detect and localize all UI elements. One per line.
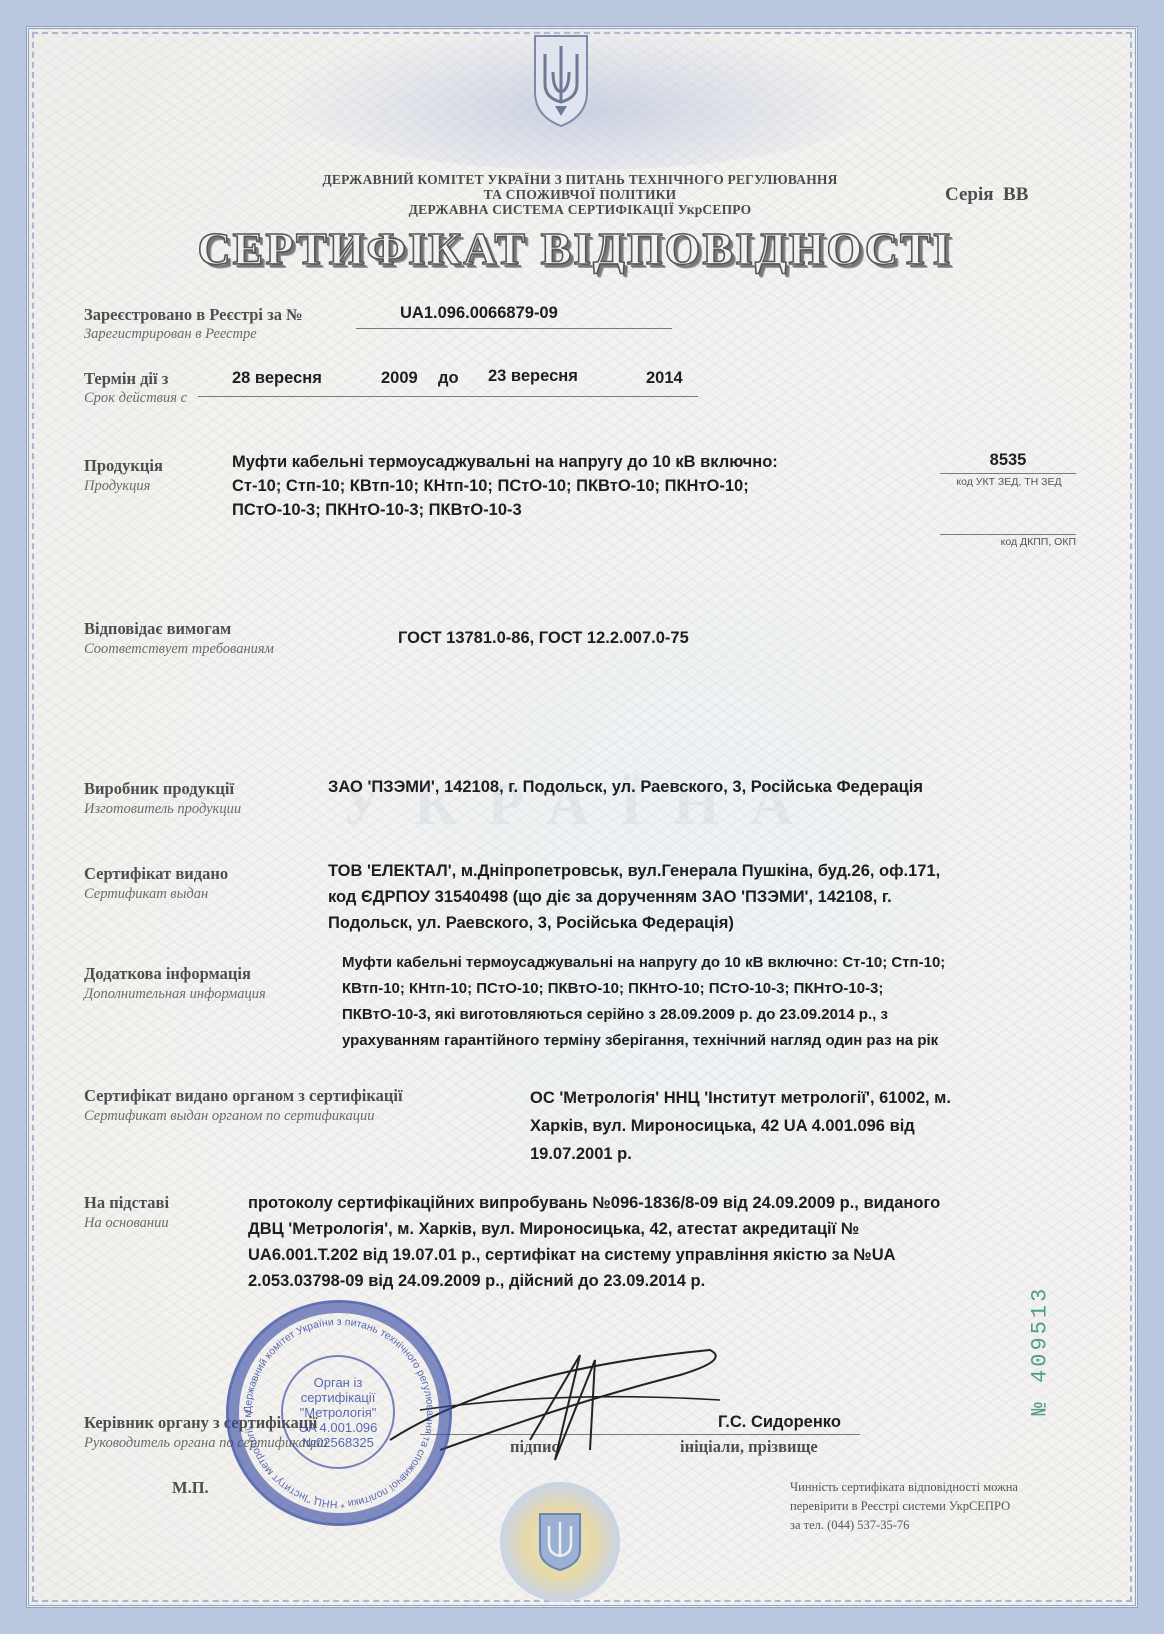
valid-to-year: 2014: [646, 366, 683, 390]
product-line: Ст-10; Стп-10; КВтп-10; КНтп-10; ПСтО-10…: [232, 474, 912, 498]
manufacturer-value: ЗАО 'ПЗЭМИ', 142108, г. Подольск, ул. Ра…: [328, 775, 923, 799]
issued-to-label-ru: Сертификат выдан: [84, 886, 208, 903]
product-label: Продукція: [84, 456, 163, 476]
requirements-label: Відповідає вимогам: [84, 619, 231, 639]
product-line: Муфти кабельні термоусаджувальні на напр…: [232, 450, 912, 474]
dkpp-code-caption: код ДКПП, ОКП: [942, 536, 1076, 548]
series-value: ВВ: [1003, 184, 1028, 205]
dkpp-code-field: [940, 510, 1076, 535]
issuer-header: ДЕРЖАВНИЙ КОМІТЕТ УКРАЇНИ З ПИТАНЬ ТЕХНІ…: [250, 172, 910, 217]
issued-to-label: Сертифікат видано: [84, 864, 228, 884]
basis-line: 2.053.03798-09 від 24.09.2009 р., дійсни…: [248, 1268, 1108, 1294]
additional-info-line: КВтп-10; КНтп-10; ПСтО-10; ПКВтО-10; ПКН…: [342, 976, 1092, 1002]
registry-label-ru: Зарегистрирован в Реестре: [84, 326, 257, 343]
manufacturer-label: Виробник продукції: [84, 779, 234, 799]
issued-to-line: Подольск, ул. Раевского, 3, Російська Фе…: [328, 910, 1088, 936]
footnote-line: Чинність сертифіката відповідності можна: [790, 1478, 1090, 1497]
series-label: Серія: [945, 184, 994, 205]
serial-number: № 409513: [1020, 1260, 1060, 1440]
committee-line-1: ДЕРЖАВНИЙ КОМІТЕТ УКРАЇНИ З ПИТАНЬ ТЕХНІ…: [250, 172, 910, 187]
basis-line: протоколу сертифікаційних випробувань №0…: [248, 1190, 1108, 1216]
manufacturer-label-ru: Изготовитель продукции: [84, 801, 241, 818]
footnote-line: перевірити в Реєстрі системи УкрСЕПРО: [790, 1497, 1090, 1516]
certification-body-line: Харків, вул. Мироносицька, 42 UA 4.001.0…: [530, 1112, 1090, 1140]
certification-body-line: 19.07.2001 р.: [530, 1140, 1090, 1168]
product-label-ru: Продукция: [84, 478, 150, 495]
product-description: Муфти кабельні термоусаджувальні на напр…: [232, 450, 912, 522]
validity-field: 28 вересня 2009 до 23 вересня 2014: [198, 372, 698, 397]
basis-value: протоколу сертифікаційних випробувань №0…: [248, 1190, 1108, 1294]
valid-to-date: 23 вересня: [488, 364, 578, 388]
verification-note: Чинність сертифіката відповідності можна…: [790, 1478, 1090, 1535]
requirements-label-ru: Соответствует требованиям: [84, 641, 274, 658]
additional-info-line: урахуванням гарантійного терміну зберіга…: [342, 1028, 1092, 1054]
valid-from-date: 28 вересня: [232, 366, 322, 390]
certification-body-label-ru: Сертификат выдан органом по сертификации: [84, 1108, 375, 1125]
additional-info-line: Муфти кабельні термоусаджувальні на напр…: [342, 950, 1092, 976]
uktzed-code-caption: код УКТ ЗЕД, ТН ЗЕД: [942, 476, 1076, 488]
certification-body-value: ОС 'Метрологія' ННЦ 'Інститут метрології…: [530, 1084, 1090, 1168]
stamp-line: №02568325: [302, 1435, 374, 1450]
validity-label: Термін дії з: [84, 369, 168, 389]
basis-line: UA6.001.Т.202 від 19.07.01 р., сертифіка…: [248, 1242, 1108, 1268]
uktzed-code: 8535: [990, 451, 1027, 469]
stamp-center: Орган із сертифікації "Метрологія" UA 4.…: [281, 1355, 395, 1469]
additional-info-value: Муфти кабельні термоусаджувальні на напр…: [342, 950, 1092, 1054]
requirements-value: ГОСТ 13781.0-86, ГОСТ 12.2.007.0-75: [398, 626, 689, 650]
committee-line-2: ТА СПОЖИВЧОЇ ПОЛІТИКИ: [250, 187, 910, 202]
serial-prefix: №: [1028, 1399, 1053, 1415]
valid-from-year: 2009: [381, 366, 418, 390]
issued-to-value: ТОВ 'ЕЛЕКТАЛ', м.Дніпропетровськ, вул.Ге…: [328, 858, 1088, 936]
series: Серія ВВ: [945, 184, 1028, 206]
stamp-line: Орган із: [314, 1375, 363, 1390]
stamp-line: UA 4.001.096: [299, 1420, 378, 1435]
uktzed-code-field: 8535: [940, 448, 1076, 474]
product-line: ПСтО-10-3; ПКНтО-10-3; ПКВтО-10-3: [232, 498, 912, 522]
valid-to-word: до: [438, 366, 459, 390]
basis-line: ДВЦ 'Метрологія', м. Харків, вул. Мироно…: [248, 1216, 1108, 1242]
footnote-line: за тел. (044) 537-35-76: [790, 1516, 1090, 1535]
document-title: СЕРТИФІКАТ ВІДПОВІДНОСТІ: [150, 222, 1000, 275]
basis-label-ru: На основании: [84, 1215, 169, 1232]
stamp-line: "Метрологія": [300, 1405, 377, 1420]
certification-body-label: Сертифікат видано органом з сертифікації: [84, 1086, 403, 1106]
registry-label: Зареєстровано в Реєстрі за №: [84, 305, 303, 325]
additional-info-label: Додаткова інформація: [84, 964, 251, 984]
seal-placeholder: М.П.: [172, 1478, 209, 1498]
official-stamp: Державний комітет України з питань техні…: [226, 1300, 452, 1526]
additional-info-label-ru: Дополнительная информация: [84, 986, 266, 1003]
hologram-seal-icon: [500, 1482, 620, 1602]
registry-number: UA1.096.0066879-09: [400, 301, 558, 325]
additional-info-line: ПКВтО-10-3, які виготовляються серійно з…: [342, 1002, 1092, 1028]
basis-label: На підставі: [84, 1193, 169, 1213]
system-line: ДЕРЖАВНА СИСТЕМА СЕРТИФІКАЦІЇ УкрСЕПРО: [250, 202, 910, 217]
validity-label-ru: Срок действия с: [84, 390, 187, 407]
stamp-line: сертифікації: [301, 1390, 376, 1405]
serial-value: 409513: [1028, 1285, 1053, 1382]
registry-number-field: UA1.096.0066879-09: [356, 303, 672, 329]
issued-to-line: ТОВ 'ЕЛЕКТАЛ', м.Дніпропетровськ, вул.Ге…: [328, 858, 1088, 884]
trident-emblem-icon: [528, 30, 594, 130]
issued-to-line: код ЄДРПОУ 31540498 (що діє за доручення…: [328, 884, 1088, 910]
certification-body-line: ОС 'Метрологія' ННЦ 'Інститут метрології…: [530, 1084, 1090, 1112]
